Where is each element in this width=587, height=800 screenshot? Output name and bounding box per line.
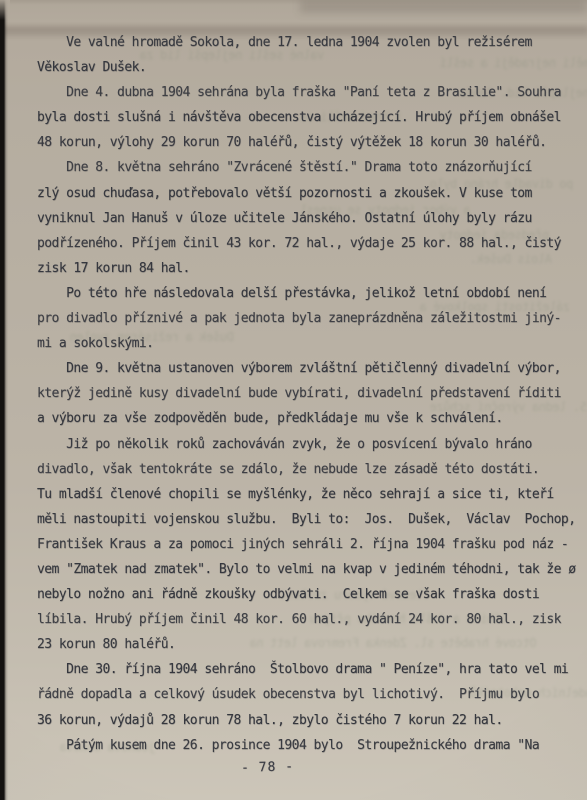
- text-line: 48 korun, výlohy 29 korun 70 haléřů, čis…: [37, 130, 582, 155]
- text-line: pro divadlo příznivé a pak jednota byla …: [37, 306, 582, 331]
- text-line: kterýž jedině kusy divadelní bude vybíra…: [37, 381, 582, 406]
- text-line: byla dosti slušná i návštěva obecenstva …: [37, 105, 582, 130]
- text-line: zlý osud chuďasa, potřebovalo větší pozo…: [37, 181, 582, 206]
- scan-left-edge-fade: [0, 0, 10, 20]
- scanned-document-page: valné sešli nejlepší lid za kteří měli n…: [0, 0, 587, 800]
- text-line: a výboru za vše zodpověděn bude, předklá…: [37, 406, 582, 431]
- text-line: František Kraus a za pomoci jiných sehrá…: [37, 532, 582, 557]
- text-line: nebylo nožno ani řádně zkoušky odbývati.…: [37, 582, 582, 607]
- text-line: podřízeného. Příjem činil 43 kor. 72 hal…: [37, 231, 582, 256]
- text-line: měli nastoupiti vojenskou službu. Byli t…: [37, 507, 582, 532]
- typewritten-text-block: Ve valné hromadě Sokola, dne 17. ledna 1…: [37, 30, 582, 758]
- text-line: Věkoslav Dušek.: [37, 55, 582, 80]
- text-line: mi a sokolskými.: [37, 331, 582, 356]
- text-line: líbila. Hrubý příjem činil 48 kor. 60 ha…: [37, 607, 582, 632]
- text-line: řádně dopadla a celkový úsudek obecenstv…: [37, 682, 582, 707]
- text-line: 23 korun 80 haléřů.: [37, 632, 582, 657]
- text-line: vem "Zmatek nad zmatek". Bylo to velmi n…: [37, 557, 582, 582]
- text-line: Dne 8. května sehráno "Zvrácené štěstí."…: [37, 155, 582, 180]
- text-line: Již po několik roků zachováván zvyk, že …: [37, 432, 582, 457]
- text-line: Dne 30. října 1904 sehráno Štolbovo dram…: [37, 657, 582, 682]
- text-line: vyniknul Jan Hanuš v úloze učitele Jánsk…: [37, 206, 582, 231]
- page-number: - 78 -: [241, 759, 294, 775]
- text-line: zisk 17 korun 84 hal.: [37, 256, 582, 281]
- text-line: Po této hře následovala delší přestávka,…: [37, 281, 582, 306]
- text-line: Dne 4. dubna 1904 sehrána byla fraška "P…: [37, 80, 582, 105]
- text-line: divadlo, však tentokráte se zdálo, že ne…: [37, 457, 582, 482]
- scan-left-edge: [0, 0, 8, 800]
- scan-top-smudge: [300, 0, 587, 13]
- text-line: Dne 9. května ustanoven výborem zvláštní…: [37, 356, 582, 381]
- text-line: 36 korun, výdajů 28 korun 78 hal., zbylo…: [37, 708, 582, 733]
- text-line: Ve valné hromadě Sokola, dne 17. ledna 1…: [37, 30, 582, 55]
- text-line: Pátým kusem dne 26. prosince 1904 bylo S…: [37, 733, 582, 758]
- text-line: Tu mladší členové chopili se myšlénky, ž…: [37, 482, 582, 507]
